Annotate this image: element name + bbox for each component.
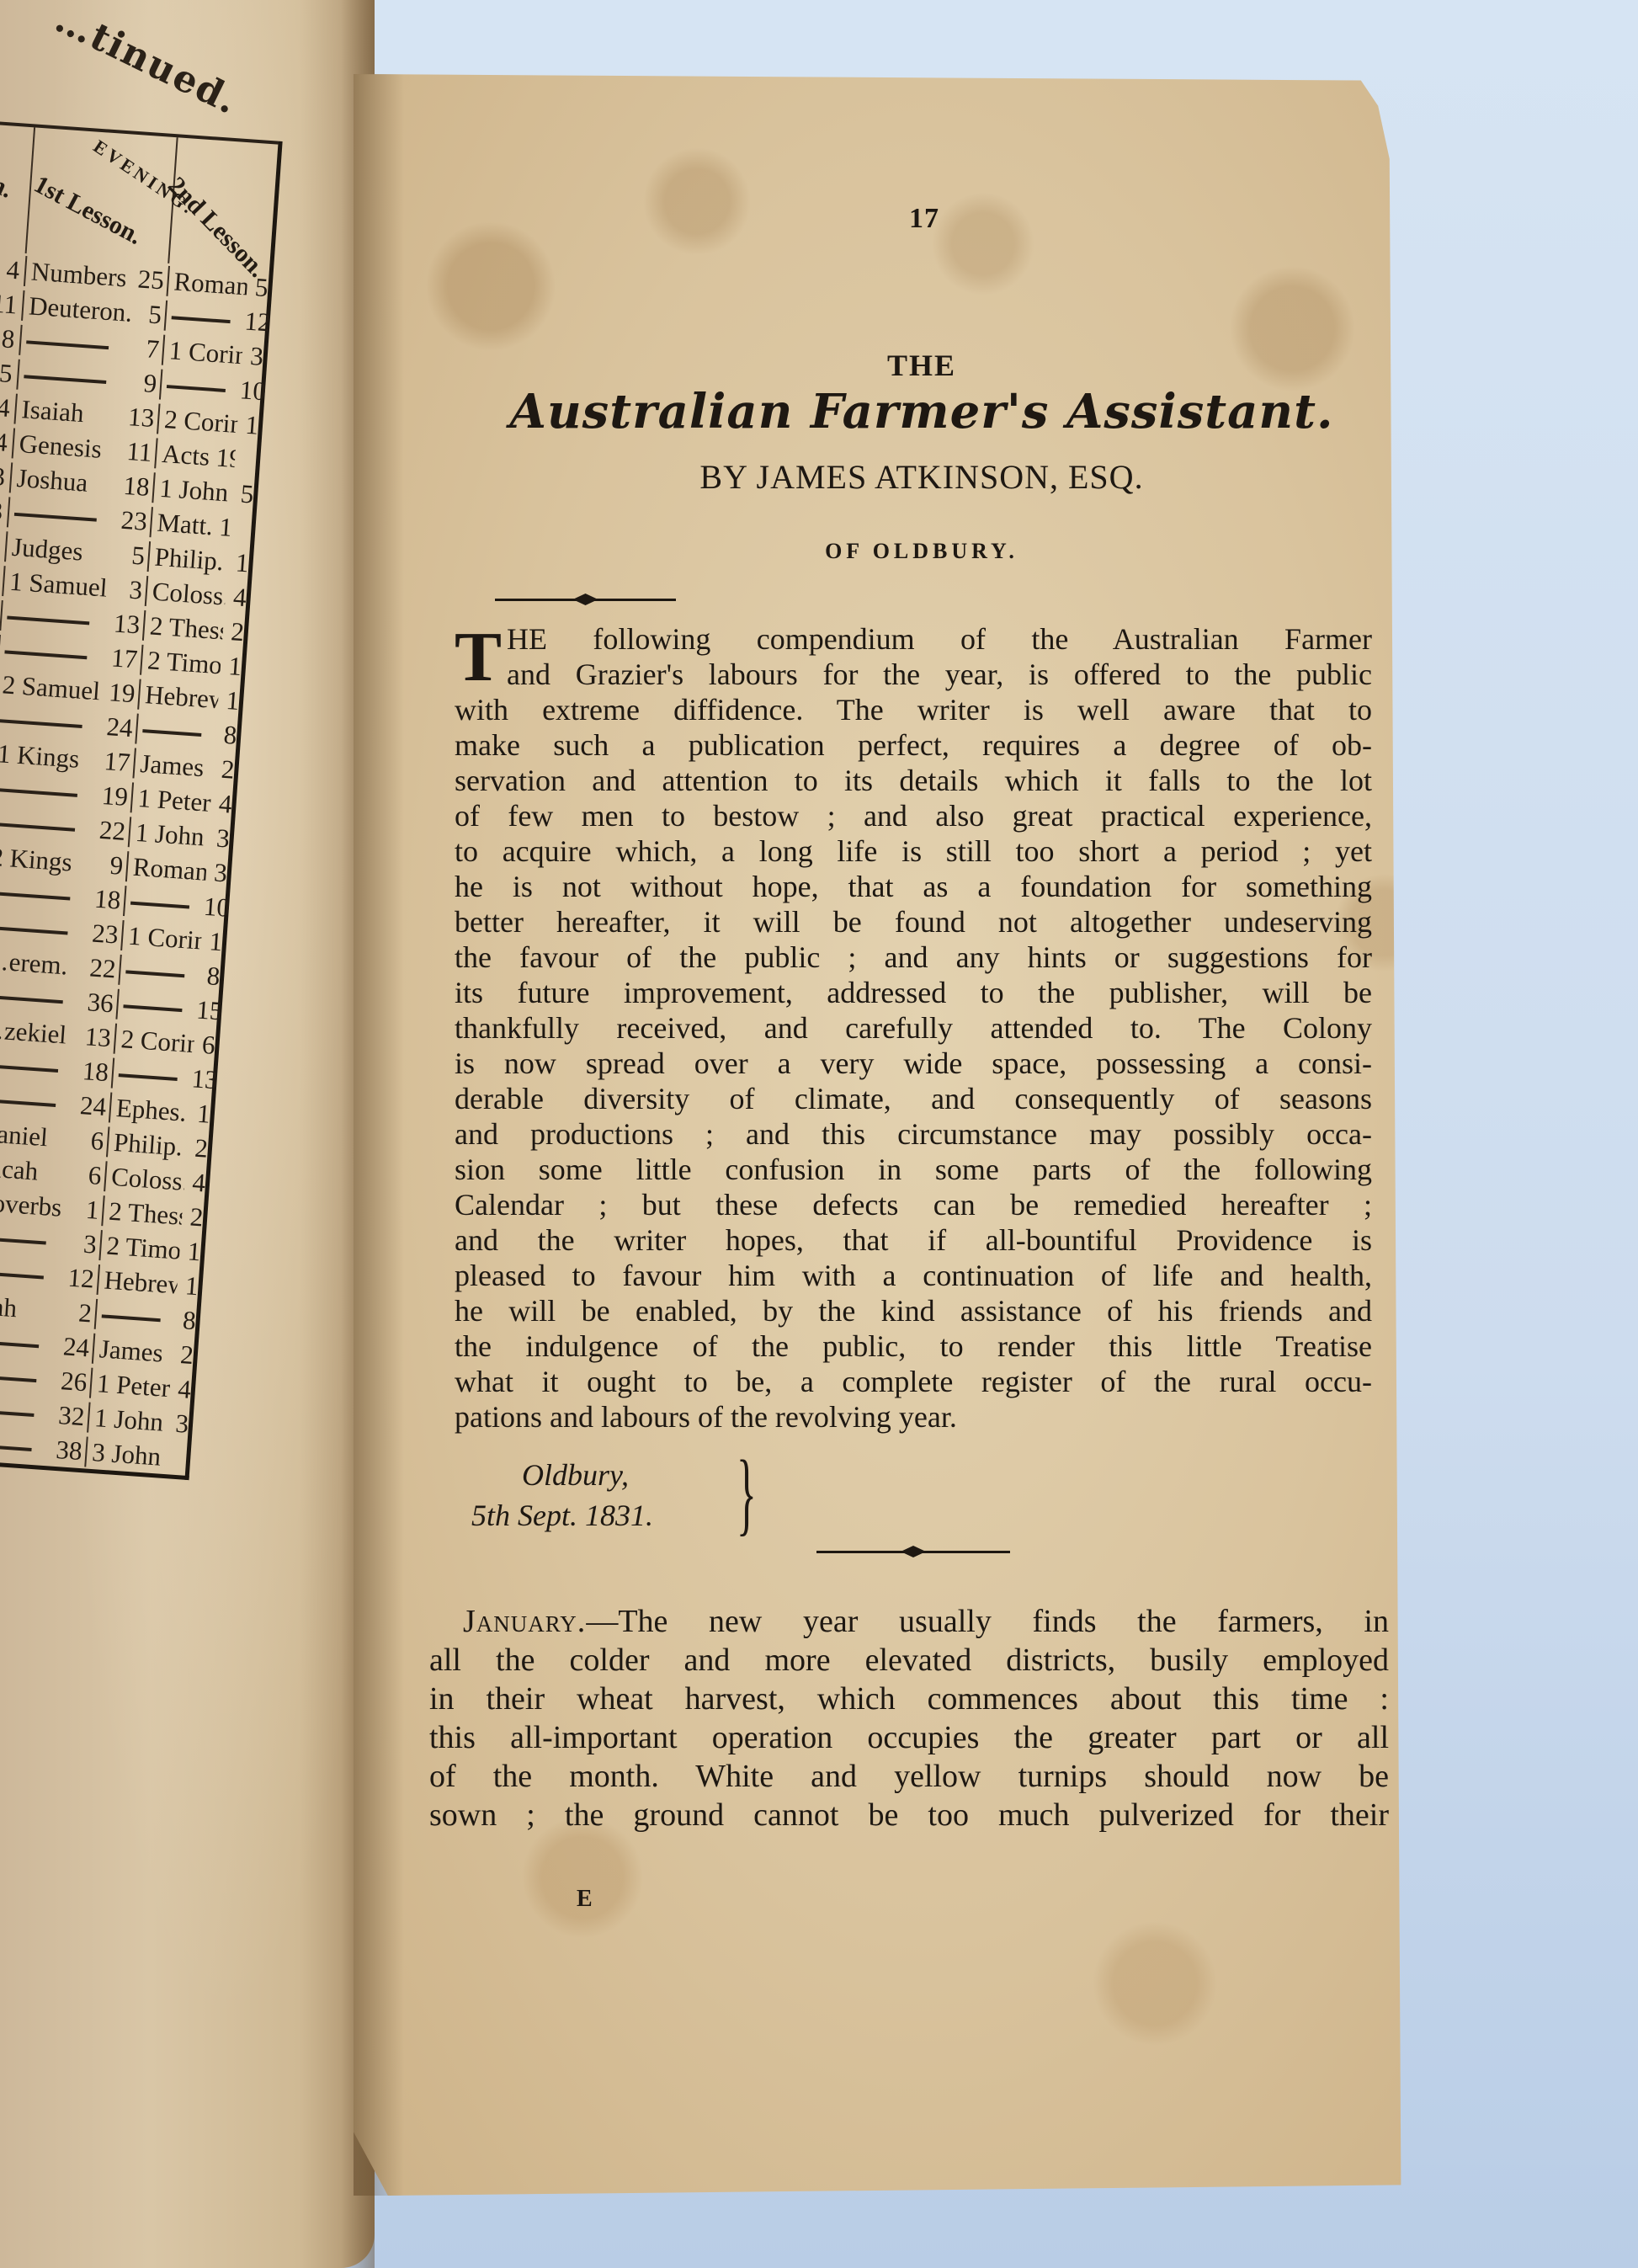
table-cell-ch2: 8	[198, 960, 221, 992]
table-cell-ch1: 19	[104, 676, 139, 709]
table-cell-book1	[0, 1357, 58, 1395]
table-cell-book2: 1 John	[87, 1402, 168, 1438]
preface-line: and productions ; and this circumstance …	[455, 1116, 1372, 1152]
table-cell-ch2: 3	[205, 856, 228, 888]
table-cell-ch2: 2	[186, 1131, 209, 1163]
preface-line: what it ought to be, a complete register…	[455, 1364, 1372, 1399]
signature-place: Oldbury,	[471, 1455, 653, 1495]
running-head-continued: …tinued.	[49, 0, 246, 123]
preface-line: derable diversity of climate, and conseq…	[455, 1081, 1372, 1116]
table-cell-ch2: 1	[176, 1270, 199, 1302]
table-cell-book1	[7, 497, 118, 535]
table-cell-ch2	[235, 458, 256, 460]
table-cell-ch2: 3	[208, 822, 231, 854]
table-cell-ch1: 18	[89, 883, 125, 916]
table-cell-book1: …iah	[0, 1289, 62, 1327]
table-cell-book2: 2 Thess.	[101, 1195, 183, 1232]
table-cell-book2: Romans	[125, 851, 207, 887]
table-cell-ch1: 19	[97, 780, 132, 812]
table-cell-ch2: 1	[237, 409, 259, 441]
table-cell-ch1: 18	[77, 1055, 113, 1088]
preface-line: and the writer hopes, that if all-bounti…	[455, 1222, 1372, 1258]
preface-paragraph: T HE following compendium of the Austral…	[455, 621, 1372, 1435]
table-cell-book2: 1 Peter	[130, 782, 212, 818]
page-content: 17 THE Australian Farmer's Assistant. BY…	[354, 74, 1498, 2196]
ornamental-rule-icon	[816, 1546, 1010, 1557]
table-cell-book2	[115, 988, 197, 1025]
book-title: Australian Farmer's Assistant.	[450, 384, 1393, 439]
table-cell-ch1: 3	[111, 573, 146, 606]
preface-line: servation and attention to its details w…	[455, 763, 1372, 798]
table-cell-book2: Coloss.	[145, 575, 226, 611]
preface-line: he is not without hope, that as a founda…	[455, 869, 1372, 904]
table-cell-ch2: 1	[220, 650, 242, 682]
table-cell-book1: 2 Kings	[0, 841, 94, 879]
preface-line: he will be enabled, by the kind assistan…	[455, 1293, 1372, 1328]
table-cell-ch1: 17	[99, 745, 135, 778]
table-cell-morning: —25	[0, 353, 19, 390]
table-cell-ch1: 9	[92, 849, 127, 881]
preface-line: the favour of the public ; and any hints…	[455, 940, 1372, 975]
table-cell-book2: 3 John	[84, 1436, 166, 1472]
table-cell-book1: …icah	[0, 1151, 72, 1189]
table-cell-book1	[0, 703, 104, 741]
table-cell-book2: 1 Corinth.	[162, 334, 243, 370]
table-cell-ch1: 24	[58, 1330, 93, 1363]
table-cell-ch1: 22	[94, 814, 130, 847]
table-cell-ch2	[165, 1457, 186, 1459]
preface-line: Calendar ; but these defects can be reme…	[455, 1187, 1372, 1222]
table-cell-book2: Hebrews	[137, 679, 219, 715]
ornamental-rule-icon	[495, 594, 676, 605]
table-cell-ch1: 5	[130, 297, 166, 330]
preface-line: with extreme diffidence. The writer is w…	[455, 692, 1372, 727]
preface-line: sion some little confusion in some parts…	[455, 1152, 1372, 1187]
january-line: sown ; the ground cannot be too much pul…	[429, 1796, 1389, 1834]
table-cell-ch2: 10	[203, 891, 226, 923]
table-cell-ch1: 6	[70, 1158, 105, 1191]
table-cell-morning: 4	[0, 249, 25, 286]
table-cell-ch1: 2	[61, 1296, 96, 1329]
printers-signature-mark: E	[577, 1886, 593, 1913]
table-cell-book2: 1 John	[152, 472, 233, 508]
table-cell-book1: …overbs	[0, 1185, 70, 1223]
table-cell-ch2: 2	[172, 1339, 194, 1371]
table-cell-ch1: 5	[114, 539, 149, 572]
table-cell-book1: Joshua	[9, 462, 120, 500]
preface-lines: HE following compendium of the Australia…	[455, 621, 1372, 1435]
table-cell-book1: …aniel	[0, 1116, 75, 1154]
preface-line: pations and labours of the revolving yea…	[455, 1399, 1372, 1435]
table-cell-ch1: 9	[125, 366, 161, 399]
table-cell-ch2: 15	[195, 994, 218, 1026]
table-cell-book1: 1 Kings	[0, 737, 101, 775]
table-cell-ch1: 13	[80, 1020, 115, 1053]
table-cell-ch1: 13	[123, 401, 158, 434]
table-cell-ch2: 1	[226, 546, 249, 578]
table-cell-ch1: 38	[51, 1434, 86, 1467]
table-cell-book2: 1 Corinth.	[120, 919, 202, 956]
table-cell-book2: 1 John	[128, 817, 210, 853]
table-cell-book1: …erem.	[0, 945, 87, 982]
preface-line: its future improvement, addressed to the…	[455, 975, 1372, 1010]
table-cell-book1	[0, 910, 89, 948]
table-cell-ch1: 13	[109, 608, 144, 641]
table-cell-ch1: 24	[101, 711, 136, 743]
table-cell-ch2: 4	[210, 787, 232, 819]
table-cell-ch2: 1	[200, 925, 223, 957]
table-cell-book1	[0, 876, 92, 913]
table-cell-book1	[0, 634, 109, 672]
preface-line: is now spread over a very wide space, po…	[455, 1046, 1372, 1081]
table-cell-book1: …zekiel	[0, 1013, 82, 1051]
table-cell-ch2: 1	[189, 1098, 211, 1130]
lectionary-table: …sson. 1st Lesson. 2nd Lesson. EVENING. …	[0, 118, 283, 1480]
table-cell-book1	[0, 1220, 67, 1258]
table-cell-book2: 2 Timo.	[140, 644, 221, 680]
preface-line: and Grazier's labours for the year, is o…	[455, 657, 1372, 692]
table-cell-ch2: 2	[212, 753, 235, 785]
table-cell-book1	[0, 1254, 65, 1292]
preface-line: to acquire which, a long life is still t…	[455, 833, 1372, 869]
lectionary-table-region: …tinued. …sson. 1st Lesson. 2nd Lesson. …	[0, 17, 344, 1724]
table-cell-ch2: 5	[231, 477, 254, 509]
curly-brace-icon: }	[737, 1451, 757, 1535]
table-cell-ch2: 8	[215, 719, 237, 751]
header-first-lesson-label: 1st Lesson.	[29, 170, 147, 251]
table-cell-ch1: 7	[128, 332, 163, 365]
table-cell-ch1: 1	[67, 1193, 103, 1226]
lectionary-table-body: 4Numbers25Romans511Deuteron.512—1871 Cor…	[0, 247, 269, 1475]
table-cell-book1	[0, 1323, 60, 1360]
table-cell-book2: 2 Corinth.	[157, 403, 238, 439]
table-cell-book2: Philip.	[106, 1126, 188, 1163]
preface-line: of few men to bestow ; and also great pr…	[455, 798, 1372, 833]
right-page: 17 THE Australian Farmer's Assistant. BY…	[354, 74, 1498, 2196]
table-cell-book2: James	[92, 1333, 173, 1369]
table-cell-ch1: 22	[84, 952, 120, 985]
drop-cap: T	[455, 628, 502, 687]
table-cell-book2	[123, 886, 205, 922]
table-cell-book2: Ephes.	[109, 1092, 190, 1128]
preface-line: pleased to favour him with a continuatio…	[455, 1258, 1372, 1293]
table-cell-ch2	[231, 527, 252, 529]
table-cell-book2: Acts 19 to [v. 21	[154, 438, 236, 474]
table-cell-ch2: 6	[193, 1029, 215, 1061]
table-cell-ch1: 18	[118, 470, 153, 503]
table-cell-book2: 2 Corinth.	[114, 1023, 195, 1059]
table-cell-book1: Deuteron.	[21, 290, 132, 327]
preface-line: make such a publication perfect, require…	[455, 727, 1372, 763]
table-cell-ch1: 25	[133, 264, 168, 296]
table-cell-ch2: 3	[242, 340, 264, 372]
preface-line: the indulgence of the public, to render …	[455, 1328, 1372, 1364]
gutter-shadow	[354, 74, 404, 2196]
table-cell-book2: Matt. 14 to [v. 13	[149, 507, 231, 543]
page-number: 17	[909, 203, 939, 235]
table-cell-book2: Philip.	[147, 541, 229, 578]
table-cell-book2: 1 Peter	[89, 1367, 171, 1403]
table-cell-ch1: 32	[53, 1399, 88, 1432]
table-cell-ch2: 4	[183, 1166, 206, 1198]
table-cell-ch2: 10	[239, 375, 262, 407]
table-cell-ch2: 4	[225, 581, 247, 613]
table-cell-book2: Coloss.	[104, 1161, 185, 1197]
table-cell-book2: Hebrews	[97, 1264, 178, 1300]
table-cell-book2	[118, 954, 199, 990]
table-cell-ch2: 4	[169, 1373, 192, 1405]
table-cell-book2: 2 Thess.	[142, 610, 224, 646]
table-cell-ch1: 26	[56, 1365, 91, 1398]
table-cell-book1: Judges	[4, 531, 115, 569]
table-cell-ch2: 8	[173, 1304, 196, 1336]
table-cell-book1	[0, 1047, 79, 1085]
table-cell-book1: Genesis	[12, 428, 123, 466]
lectionary-table-header: …sson. 1st Lesson. 2nd Lesson. EVENING.	[0, 118, 279, 271]
title-prefix: THE	[450, 348, 1393, 383]
table-cell-ch2: 1	[217, 684, 240, 716]
table-cell-book1: Isaiah	[13, 393, 125, 431]
table-cell-ch2: 2	[222, 615, 245, 647]
table-cell-book2: James	[132, 748, 214, 784]
january-line: January.—The new year usually finds the …	[429, 1602, 1389, 1641]
table-cell-book2: 2 Timo.	[98, 1230, 180, 1266]
table-cell-ch1: 23	[87, 918, 122, 950]
table-cell-book1: 1 Samuel	[2, 566, 113, 604]
table-cell-ch2: 2	[181, 1201, 204, 1232]
table-cell-book2	[111, 1057, 193, 1094]
table-cell-morning: 11	[0, 284, 24, 321]
table-cell-book1	[0, 772, 98, 810]
author-place: OF OLDBURY.	[450, 539, 1393, 564]
table-cell-book2	[164, 300, 246, 336]
table-cell-book1: 2 Samuel	[0, 668, 106, 706]
table-cell-book2: Romans	[167, 265, 248, 301]
table-cell-book1: Numbers	[24, 255, 135, 293]
table-cell-book1	[0, 1082, 77, 1120]
preface-line: better hereafter, it will be found not a…	[455, 904, 1372, 940]
table-cell-book2	[94, 1298, 176, 1334]
table-cell-ch2: 13	[191, 1063, 214, 1095]
table-cell-ch1: 23	[116, 504, 152, 537]
table-cell-ch1: 17	[106, 642, 141, 674]
header-morning-label: …sson.	[0, 146, 17, 205]
author-byline: BY JAMES ATKINSON, ESQ.	[450, 457, 1393, 497]
january-entry: January.—The new year usually finds the …	[429, 1602, 1389, 1834]
table-cell-book1	[0, 600, 111, 638]
table-cell-ch1: 24	[75, 1089, 110, 1122]
table-cell-book1	[0, 807, 96, 844]
january-line: in their wheat harvest, which commences …	[429, 1680, 1389, 1718]
table-cell-ch2: 1	[178, 1235, 201, 1267]
signature-block: Oldbury, 5th Sept. 1831.	[471, 1455, 653, 1536]
table-cell-book1	[0, 1392, 56, 1429]
january-line: this all-important operation occupies th…	[429, 1718, 1389, 1757]
table-cell-book1	[16, 359, 127, 397]
table-cell-ch1: 6	[72, 1124, 108, 1157]
month-heading: January.	[463, 1604, 586, 1639]
table-cell-book1	[0, 978, 84, 1016]
preface-line: thankfully received, and carefully atten…	[455, 1010, 1372, 1046]
table-cell-book1	[0, 1426, 53, 1464]
january-line: all the colder and more elevated distric…	[429, 1641, 1389, 1680]
table-cell-ch2: 3	[167, 1408, 189, 1440]
preface-line: HE following compendium of the Australia…	[455, 621, 1372, 657]
table-cell-ch1: 11	[120, 435, 156, 468]
table-cell-morning: —18	[0, 318, 21, 355]
table-cell-ch1: 12	[63, 1262, 98, 1295]
table-cell-ch2: 12	[243, 306, 266, 338]
left-facing-page: …tinued. …sson. 1st Lesson. 2nd Lesson. …	[0, 0, 375, 2268]
signature-date: 5th Sept. 1831.	[471, 1499, 653, 1532]
table-cell-ch1: 36	[82, 986, 118, 1019]
table-cell-book2	[159, 369, 241, 405]
january-line: of the month. White and yellow turnips s…	[429, 1757, 1389, 1796]
january-lines: January.—The new year usually finds the …	[429, 1602, 1389, 1834]
table-cell-book1	[19, 324, 130, 362]
table-cell-ch1: 3	[66, 1227, 101, 1260]
table-cell-book2	[135, 713, 216, 749]
january-line-text: —The new year usually finds the farmers,…	[586, 1604, 1389, 1639]
